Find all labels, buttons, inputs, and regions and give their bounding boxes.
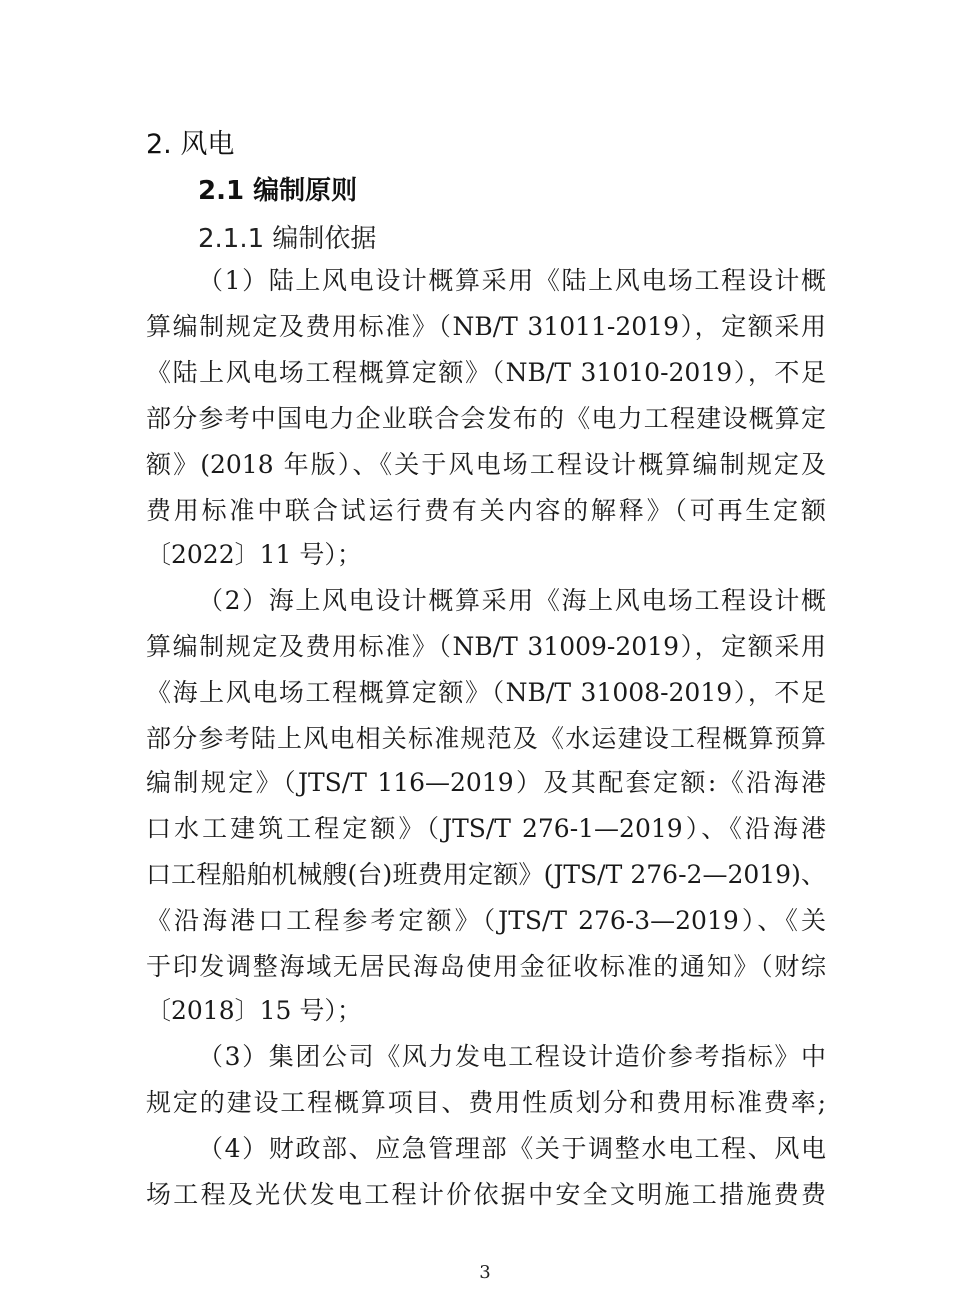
paragraph-line: 额》(2018 年版）、《关于风电场工程设计概算编制规定及 — [146, 450, 826, 480]
paragraph-line: （2）海上风电设计概算采用《海上风电场工程设计概 — [198, 586, 826, 616]
paragraph-line: 算编制规定及费用标准》（NB/T 31011-2019），定额采用 — [146, 312, 826, 342]
paragraph-line: 口水工建筑工程定额》（JTS/T 276-1—2019）、《沿海港 — [146, 814, 826, 844]
paragraph-line: 《海上风电场工程概算定额》（NB/T 31008-2019），不足 — [146, 678, 826, 708]
paragraph-line: 〔2022〕11 号）； — [146, 540, 826, 570]
document-page: 2. 风电 2.1 编制原则 2.1.1 编制依据 （1）陆上风电设计概算采用《… — [0, 0, 970, 1312]
paragraph-line: 编制规定》（JTS/T 116—2019）及其配套定额:《沿海港 — [146, 768, 826, 798]
paragraph-line: （1）陆上风电设计概算采用《陆上风电场工程设计概 — [198, 266, 826, 296]
paragraph-line: 规定的建设工程概算项目、费用性质划分和费用标准费率; — [146, 1088, 826, 1118]
page-number: 3 — [0, 1262, 970, 1283]
paragraph-line: 口工程船舶机械艘(台)班费用定额》(JTS/T 276-2—2019)、 — [146, 860, 826, 890]
section-heading: 2. 风电 — [146, 128, 234, 162]
paragraph-line: （4）财政部、应急管理部《关于调整水电工程、风电 — [198, 1134, 826, 1164]
paragraph-line: 部分参考中国电力企业联合会发布的《电力工程建设概算定 — [146, 404, 826, 434]
paragraph-line: （3）集团公司《风力发电工程设计造价参考指标》中 — [198, 1042, 826, 1072]
paragraph-line: 于印发调整海域无居民海岛使用金征收标准的通知》（财综 — [146, 952, 826, 982]
paragraph-line: 算编制规定及费用标准》（NB/T 31009-2019），定额采用 — [146, 632, 826, 662]
subsection-heading: 2.1 编制原则 — [198, 175, 357, 207]
paragraph-line: 《沿海港口工程参考定额》（JTS/T 276-3—2019）、《关 — [146, 906, 826, 936]
paragraph-line: 场工程及光伏发电工程计价依据中安全文明施工措施费费 — [146, 1180, 826, 1210]
subsubsection-heading: 2.1.1 编制依据 — [198, 223, 376, 255]
paragraph-line: 费用标准中联合试运行费有关内容的解释》（可再生定额 — [146, 496, 826, 526]
paragraph-line: 部分参考陆上风电相关标准规范及《水运建设工程概算预算 — [146, 724, 826, 754]
paragraph-line: 《陆上风电场工程概算定额》（NB/T 31010-2019），不足 — [146, 358, 826, 388]
paragraph-line: 〔2018〕15 号）； — [146, 996, 826, 1026]
